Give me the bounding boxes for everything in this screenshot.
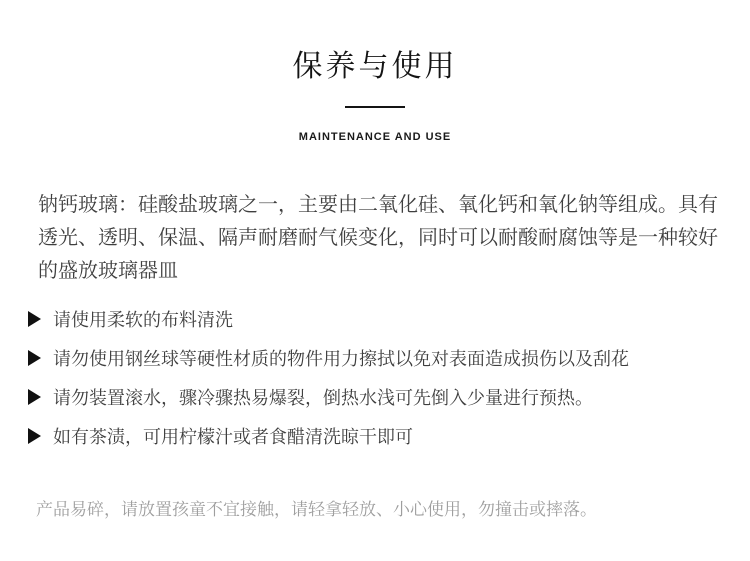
description-line: 钠钙玻璃：硅酸盐玻璃之一，主要由二氧化硅、氧化钙和氧化钠等组成。具有 — [38, 189, 750, 222]
fragility-notice: 产品易碎，请放置孩童不宜接触，请轻拿轻放、小心使用，勿撞击或摔落。 — [36, 495, 750, 520]
material-description: 钠钙玻璃：硅酸盐玻璃之一，主要由二氧化硅、氧化钙和氧化钠等组成。具有 透光、透明… — [38, 189, 750, 288]
maintenance-and-use-section: 保养与使用 MAINTENANCE AND USE 钠钙玻璃：硅酸盐玻璃之一，主… — [0, 0, 750, 561]
list-item: 请勿装置滚水，骤冷骤热易爆裂，倒热水浅可先倒入少量进行预热。 — [28, 388, 750, 406]
description-line: 的盛放玻璃器皿 — [38, 255, 750, 288]
tip-label: 如有茶渍，可用柠檬汁或者食醋清洗晾干即可 — [53, 423, 413, 449]
section-header: 保养与使用 MAINTENANCE AND USE — [0, 0, 750, 143]
triangle-bullet-icon — [28, 311, 41, 327]
list-item: 请使用柔软的布料清洗 — [28, 310, 750, 328]
care-tips-list: 请使用柔软的布料清洗 请勿使用钢丝球等硬性材质的物件用力擦拭以免对表面造成损伤以… — [28, 310, 750, 445]
tip-label: 请使用柔软的布料清洗 — [53, 306, 233, 332]
list-item: 请勿使用钢丝球等硬性材质的物件用力擦拭以免对表面造成损伤以及刮花 — [28, 349, 750, 367]
triangle-bullet-icon — [28, 389, 41, 405]
list-item: 如有茶渍，可用柠檬汁或者食醋清洗晾干即可 — [28, 427, 750, 445]
tip-label: 请勿装置滚水，骤冷骤热易爆裂，倒热水浅可先倒入少量进行预热。 — [53, 384, 593, 410]
section-subtitle: MAINTENANCE AND USE — [0, 131, 750, 143]
description-line: 透光、透明、保温、隔声耐磨耐气候变化，同时可以耐酸耐腐蚀等是一种较好 — [38, 222, 750, 255]
triangle-bullet-icon — [28, 428, 41, 444]
title-divider — [345, 106, 405, 108]
page-title: 保养与使用 — [0, 50, 750, 84]
triangle-bullet-icon — [28, 350, 41, 366]
tip-label: 请勿使用钢丝球等硬性材质的物件用力擦拭以免对表面造成损伤以及刮花 — [53, 345, 629, 371]
